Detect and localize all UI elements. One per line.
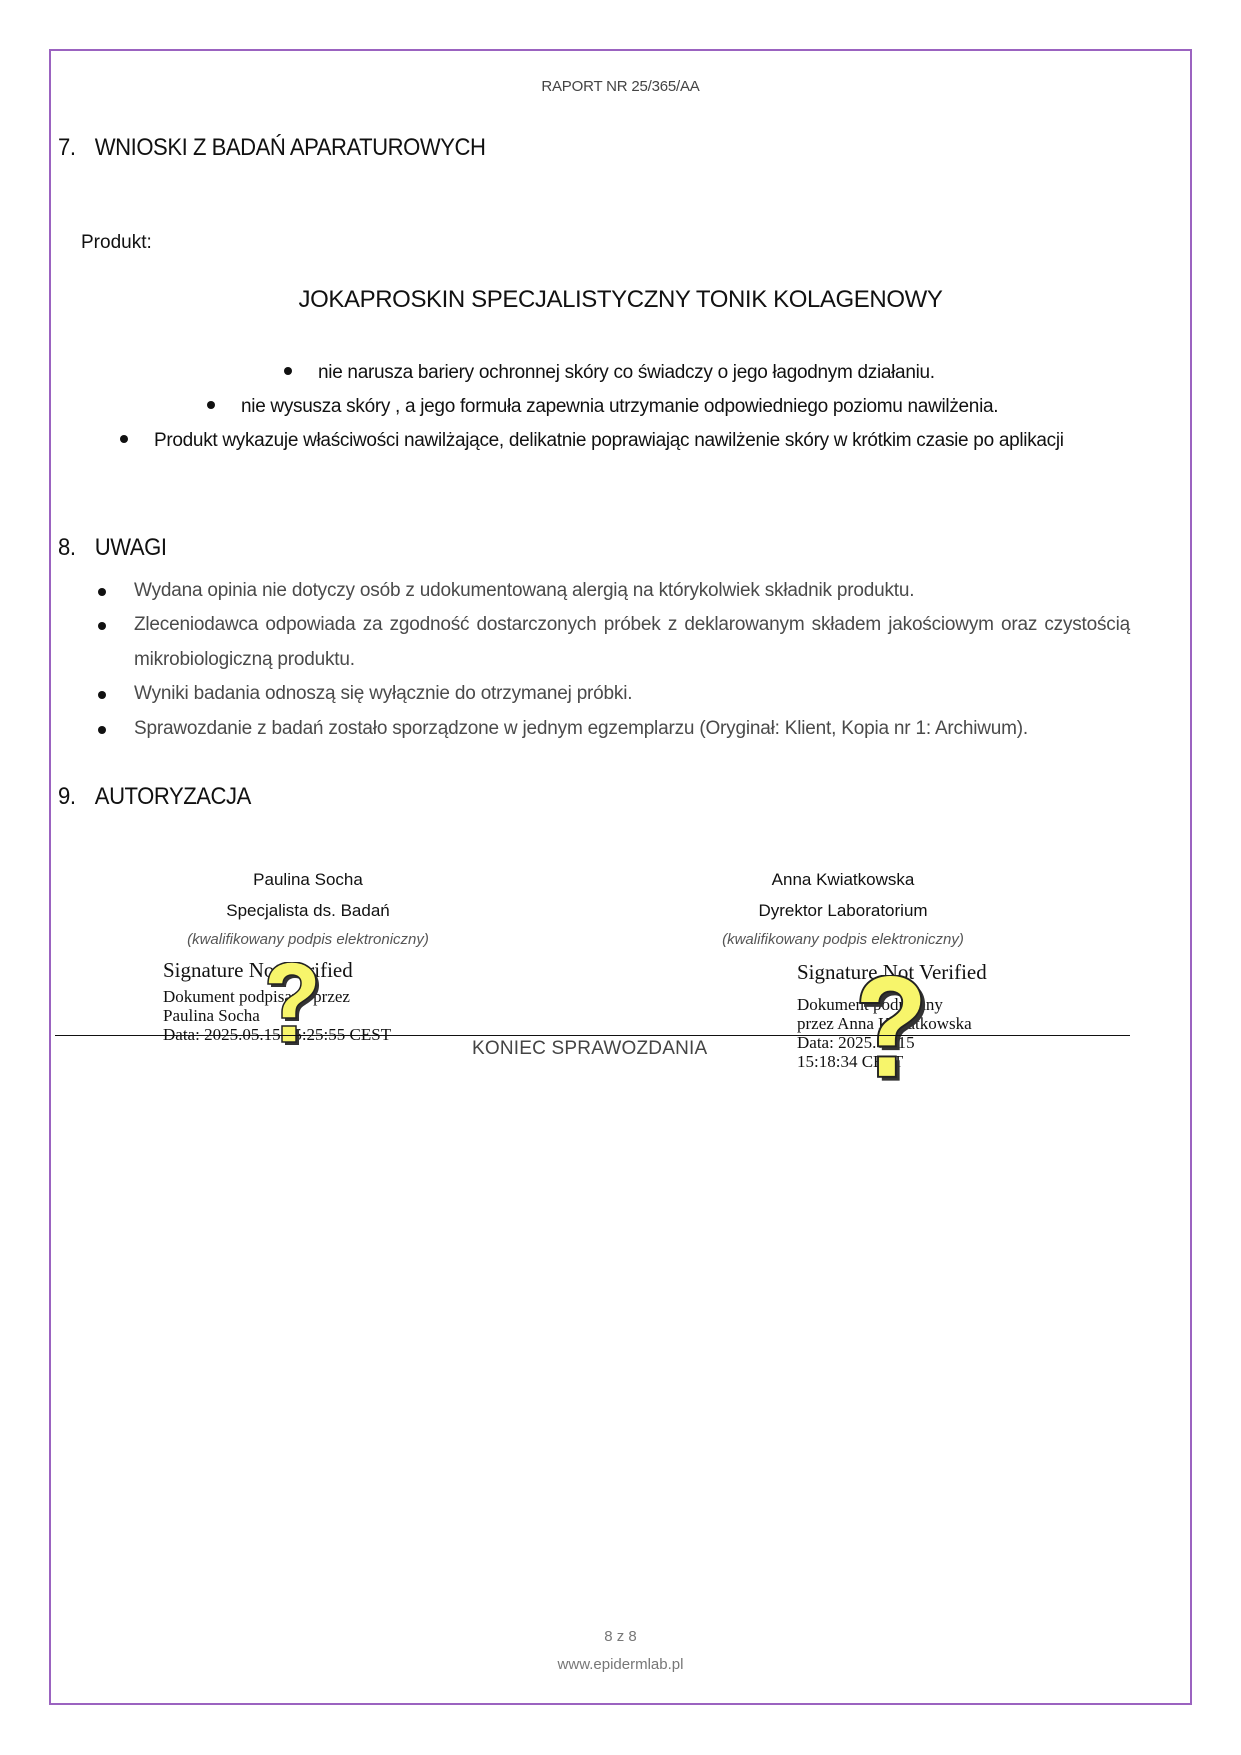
section-9-title: AUTORYZACJA [95, 783, 251, 810]
page-number: 8 z 8 [0, 1628, 1241, 1645]
website-link[interactable]: www.epidermlab.pl [0, 1656, 1241, 1673]
signatory-name: Anna Kwiatkowska [643, 870, 1043, 890]
signatory-role: Specjalista ds. Badań [108, 901, 508, 921]
end-divider-line [55, 1035, 1130, 1036]
section-7-number: 7. [58, 134, 95, 162]
section-8-heading: 8.UWAGI [58, 534, 167, 562]
bullet-icon [98, 588, 106, 596]
section-8-number: 8. [58, 534, 95, 562]
bullet-icon [98, 726, 106, 734]
note-item: Wydana opinia nie dotyczy osób z udokume… [98, 573, 1122, 608]
question-mark-icon [852, 975, 932, 1087]
bullet-icon [98, 691, 106, 699]
conclusion-item: Produkt wykazuje właściwości nawilżające… [120, 430, 1064, 452]
bullet-icon [120, 435, 128, 443]
section-9-number: 9. [58, 783, 95, 811]
product-label: Produkt: [81, 232, 152, 254]
product-name: JOKAPROSKIN SPECJALISTYCZNY TONIK KOLAGE… [0, 286, 1241, 314]
signatory-qualification: (kwalifikowany podpis elektroniczny) [108, 931, 508, 948]
note-item: Zleceniodawca odpowiada za zgodność dost… [98, 607, 1122, 677]
section-7-heading: 7.WNIOSKI Z BADAŃ APARATUROWYCH [58, 134, 485, 162]
note-item: Wyniki badania odnoszą się wyłącznie do … [98, 676, 1122, 711]
signatory-role: Dyrektor Laboratorium [643, 901, 1043, 921]
end-of-report-label: KONIEC SPRAWOZDANIA [472, 1038, 707, 1060]
conclusion-item: nie narusza bariery ochronnej skóry co ś… [284, 362, 935, 384]
bullet-icon [207, 401, 215, 409]
conclusion-item: nie wysusza skóry , a jego formuła zapew… [207, 396, 998, 418]
question-mark-icon [262, 962, 324, 1050]
signatory-qualification: (kwalifikowany podpis elektroniczny) [643, 931, 1043, 948]
section-7-title: WNIOSKI Z BADAŃ APARATUROWYCH [95, 134, 486, 161]
bullet-icon [98, 622, 106, 630]
section-9-heading: 9.AUTORYZACJA [58, 783, 251, 811]
bullet-icon [284, 367, 292, 375]
signatory-name: Paulina Socha [108, 870, 508, 890]
section-8-title: UWAGI [95, 534, 167, 561]
report-number-header: RAPORT NR 25/365/AA [0, 78, 1241, 95]
note-item: Sprawozdanie z badań zostało sporządzone… [98, 711, 1122, 746]
